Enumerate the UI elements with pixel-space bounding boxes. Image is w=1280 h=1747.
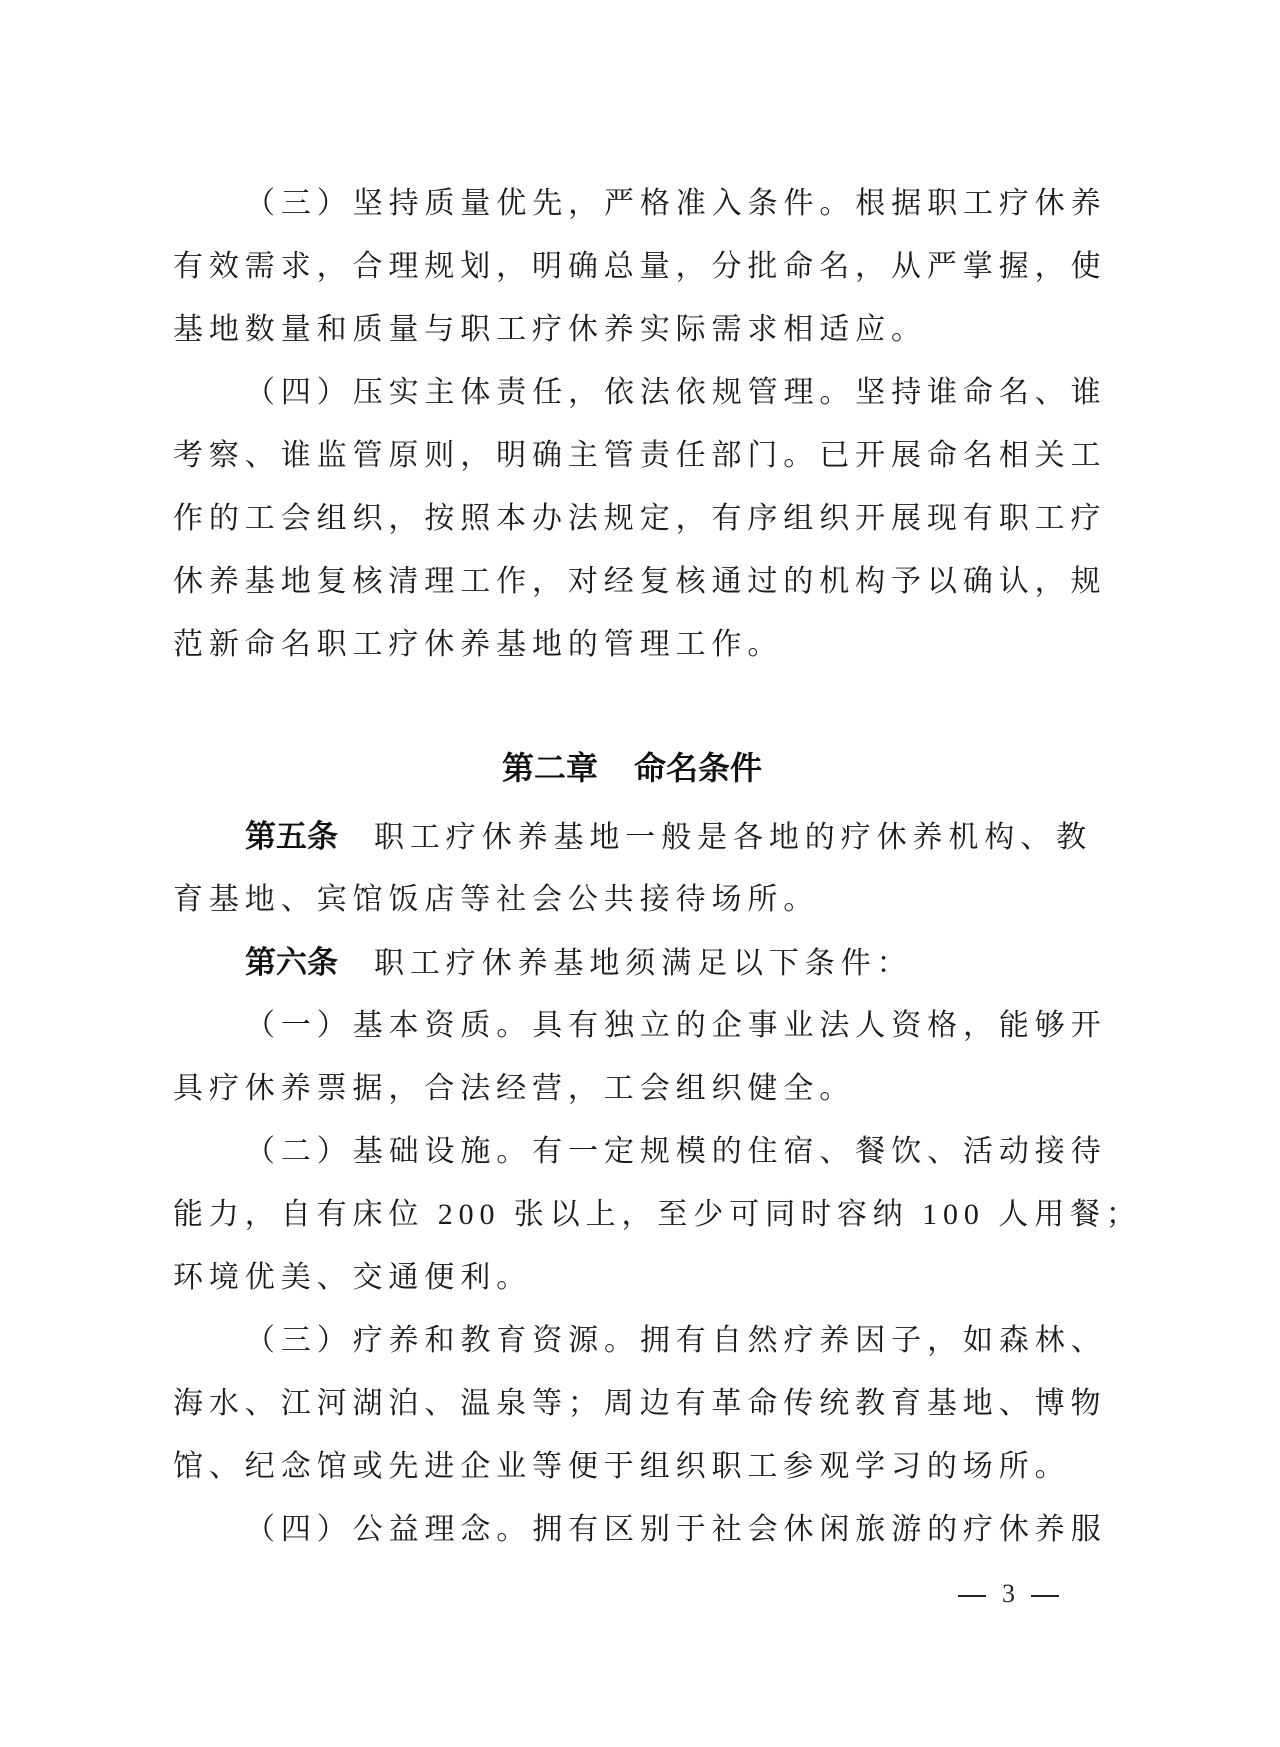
paragraph-line: （二）基础设施。有一定规模的住宿、餐饮、活动接待: [245, 1132, 1205, 1172]
paragraph-line: 范新命名职工疗休养基地的管理工作。: [173, 625, 1133, 665]
paragraph-line: 休养基地复核清理工作，对经复核通过的机构予以确认，规: [173, 562, 1133, 602]
paragraph-line: 基地数量和质量与职工疗休养实际需求相适应。: [173, 310, 1133, 350]
article-5-label: 第五条: [245, 819, 338, 854]
chapter-number: 第二章: [502, 750, 598, 786]
paragraph-line: 环境优美、交通便利。: [173, 1258, 1133, 1298]
article-6-text: 职工疗休养基地须满足以下条件：: [374, 947, 913, 980]
paragraph-line: 有效需求，合理规划，明确总量，分批命名，从严掌握，使: [173, 247, 1133, 287]
paragraph-line: （三）疗养和教育资源。拥有自然疗养因子，如森林、: [245, 1321, 1205, 1361]
paragraph-line: 作的工会组织，按照本办法规定，有序组织开展现有职工疗: [173, 499, 1133, 539]
chapter-title: 命名条件: [634, 750, 762, 786]
document-page: （三）坚持质量优先，严格准入条件。根据职工疗休养 有效需求，合理规划，明确总量，…: [0, 0, 1280, 1747]
paragraph-line: （四）压实主体责任，依法依规管理。坚持谁命名、谁: [245, 373, 1205, 413]
paragraph-line: 具疗休养票据，合法经营，工会组织健全。: [173, 1069, 1133, 1109]
page-number: 3: [958, 1576, 1059, 1612]
paragraph-line: 能力，自有床位 200 张以上，至少可同时容纳 100 人用餐；: [173, 1195, 1133, 1235]
paragraph-line: 海水、江河湖泊、温泉等；周边有革命传统教育基地、博物: [173, 1384, 1133, 1424]
chapter-heading: 第二章命名条件: [502, 748, 762, 788]
page-number-dash-left: [958, 1595, 986, 1597]
paragraph-line: （四）公益理念。拥有区别于社会休闲旅游的疗休养服: [245, 1510, 1205, 1550]
article-6-label: 第六条: [245, 945, 338, 980]
page-number-dash-right: [1031, 1595, 1059, 1597]
article-5-text: 职工疗休养基地一般是各地的疗休养机构、教: [374, 821, 1092, 854]
paragraph-line: （三）坚持质量优先，严格准入条件。根据职工疗休养: [245, 184, 1205, 224]
article-6-line: 第六条职工疗休养基地须满足以下条件：: [245, 943, 1205, 983]
page-number-value: 3: [1002, 1576, 1015, 1612]
paragraph-line: 考察、谁监管原则，明确主管责任部门。已开展命名相关工: [173, 436, 1133, 476]
paragraph-line: 育基地、宾馆饭店等社会公共接待场所。: [173, 880, 1133, 920]
article-5-line: 第五条职工疗休养基地一般是各地的疗休养机构、教: [245, 817, 1205, 857]
paragraph-line: 馆、纪念馆或先进企业等便于组织职工参观学习的场所。: [173, 1447, 1133, 1487]
paragraph-line: （一）基本资质。具有独立的企事业法人资格，能够开: [245, 1006, 1205, 1046]
